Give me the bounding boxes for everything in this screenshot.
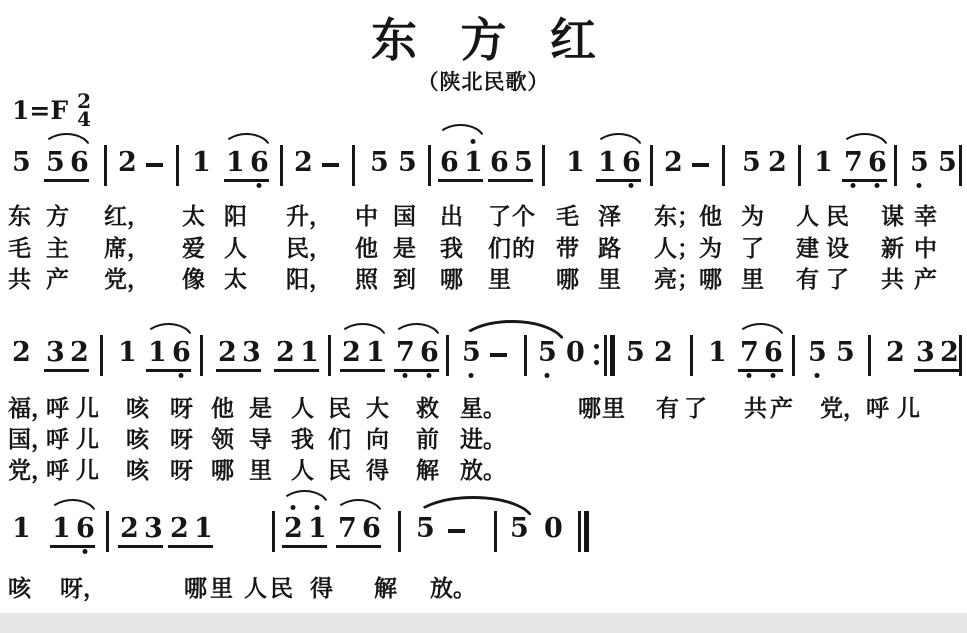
note-group: 1 bbox=[190, 148, 211, 178]
note-group: 32 bbox=[44, 338, 89, 372]
lyric-text: 向 bbox=[366, 425, 389, 453]
note-group: 61 bbox=[438, 148, 483, 182]
lyric-text: 路 bbox=[598, 234, 621, 262]
lyric-text: 儿 bbox=[76, 394, 99, 422]
low-octave-dot bbox=[628, 183, 633, 188]
barline bbox=[280, 145, 283, 186]
lyric-text: 像 bbox=[182, 265, 205, 293]
note-group: 76 bbox=[394, 338, 439, 372]
lyric-text: 我 bbox=[291, 425, 314, 453]
note-group: 16 bbox=[224, 148, 269, 182]
lyric-text: 呼 bbox=[866, 394, 889, 422]
note-digit: 1 bbox=[118, 338, 135, 368]
lyric-text: 升， bbox=[286, 202, 332, 230]
lyric-text: 呀 bbox=[170, 425, 193, 453]
lyric-text: 人 bbox=[244, 574, 267, 602]
barline bbox=[100, 335, 103, 376]
note-group: 16 bbox=[596, 148, 641, 182]
note-group: 2 bbox=[766, 148, 787, 178]
note-digit: 6 bbox=[420, 338, 437, 368]
note-group: 76 bbox=[336, 514, 381, 548]
note-digit: 1 bbox=[814, 148, 831, 178]
note-digit: 3 bbox=[46, 338, 63, 368]
note-digit: 5 bbox=[538, 338, 555, 368]
note-digit: 5 bbox=[12, 148, 29, 178]
note-digit: 6 bbox=[440, 148, 457, 178]
lyric-text: 人； bbox=[654, 234, 700, 262]
lyric-text: 大 bbox=[366, 394, 389, 422]
note-group: 5 bbox=[740, 148, 761, 178]
note-digit: 2 bbox=[664, 148, 681, 178]
note-group: 5 bbox=[806, 338, 827, 368]
low-octave-dot bbox=[814, 373, 819, 378]
lyric-text: 解 bbox=[416, 456, 439, 484]
lyric-text: 是 bbox=[393, 234, 416, 262]
lyric-text: 太 bbox=[182, 202, 205, 230]
note-digit: 6 bbox=[76, 514, 93, 544]
note-digit: 5 bbox=[910, 148, 927, 178]
lyric-text: 中 bbox=[914, 234, 937, 262]
note-digit: 5 bbox=[416, 514, 433, 544]
note-digit: 2 bbox=[276, 338, 293, 368]
lyric-text: 放。 bbox=[460, 456, 506, 484]
note-digit: 2 bbox=[886, 338, 903, 368]
note-digit: 1 bbox=[226, 148, 243, 178]
lyric-text: 们 bbox=[488, 234, 511, 262]
music-line-3: 11623212176550 bbox=[0, 498, 967, 570]
barline bbox=[542, 145, 545, 186]
note-digit: 5 bbox=[742, 148, 759, 178]
note-group: 2 bbox=[10, 338, 31, 368]
note-digit: 6 bbox=[70, 148, 87, 178]
duration-dash bbox=[322, 163, 339, 167]
note-group: 16 bbox=[50, 514, 95, 548]
low-octave-dot bbox=[468, 373, 473, 378]
lyric-text: 里 bbox=[488, 265, 511, 293]
note-group: 5 bbox=[834, 338, 855, 368]
note-digit: 1 bbox=[598, 148, 615, 178]
lyric-text: 们 bbox=[328, 425, 351, 453]
note-group: 16 bbox=[146, 338, 191, 372]
lyric-text: 带 bbox=[556, 234, 579, 262]
note-group: 76 bbox=[842, 148, 887, 182]
lyric-text: 得 bbox=[310, 574, 333, 602]
note-digit: 2 bbox=[170, 514, 187, 544]
lyric-text: 泽 bbox=[598, 202, 621, 230]
note-group: 5 bbox=[536, 338, 557, 368]
lyric-row-2: 毛主席，爱人民，他是我们的带路人；为了建设新中 bbox=[0, 234, 967, 264]
lyric-text: 东 bbox=[8, 202, 31, 230]
barline bbox=[446, 335, 449, 376]
lyric-text: 到 bbox=[393, 265, 416, 293]
lyric-text: 咳 bbox=[8, 574, 31, 602]
note-group: 2 bbox=[116, 148, 137, 178]
lyric-text: 共 bbox=[744, 394, 767, 422]
time-signature-denominator: 4 bbox=[77, 110, 91, 128]
low-octave-dot bbox=[402, 373, 407, 378]
lyric-text: 国 bbox=[393, 202, 416, 230]
scan-bottom-strip bbox=[0, 613, 967, 633]
lyric-text: 的 bbox=[512, 234, 535, 262]
lyric-text: 爱 bbox=[182, 234, 205, 262]
lyric-text: 民， bbox=[286, 234, 332, 262]
note-group: 21 bbox=[168, 514, 213, 548]
barline bbox=[398, 511, 401, 552]
lyric-text: 导 bbox=[249, 425, 272, 453]
repeat-dot bbox=[594, 360, 599, 365]
note-group: 21 bbox=[282, 514, 327, 548]
note-digit: 5 bbox=[398, 148, 415, 178]
note-digit: 0 bbox=[544, 514, 561, 544]
low-octave-dot bbox=[544, 373, 549, 378]
duration-dash bbox=[490, 353, 507, 357]
lyric-text: 哪 bbox=[211, 456, 234, 484]
note-digit: 2 bbox=[294, 148, 311, 178]
lyric-text: 党， bbox=[820, 394, 866, 422]
lyric-row-4: 福，呼儿咳呀他是人民大救星。哪里有了共产党，呼儿 bbox=[0, 394, 967, 424]
duration-dash bbox=[448, 529, 465, 533]
note-group: 5 bbox=[414, 514, 435, 544]
lyric-text: 毛 bbox=[556, 202, 579, 230]
lyric-text: 儿 bbox=[76, 425, 99, 453]
lyric-text: 太 bbox=[224, 265, 247, 293]
lyric-text: 主 bbox=[46, 234, 69, 262]
lyric-text: 民 bbox=[328, 394, 351, 422]
barline bbox=[722, 145, 725, 186]
barline bbox=[959, 145, 962, 186]
lyric-text: 有 bbox=[796, 265, 819, 293]
lyric-text: 救 bbox=[416, 394, 439, 422]
note-group: 23 bbox=[118, 514, 163, 548]
note-digit: 1 bbox=[12, 514, 29, 544]
lyric-text: 照 bbox=[355, 265, 378, 293]
lyric-text: 咳 bbox=[126, 425, 149, 453]
lyric-text: 哪 bbox=[699, 265, 722, 293]
lyric-text: 东； bbox=[654, 202, 700, 230]
barline bbox=[524, 335, 527, 376]
lyric-text: 出 bbox=[440, 202, 463, 230]
lyric-text: 哪 bbox=[556, 265, 579, 293]
lyric-text: 呀 bbox=[170, 456, 193, 484]
slur-arc bbox=[280, 490, 329, 506]
note-group: 2 bbox=[292, 148, 313, 178]
lyric-text: 人 bbox=[291, 456, 314, 484]
low-octave-dot bbox=[178, 373, 183, 378]
note-digit: 5 bbox=[938, 148, 955, 178]
note-digit: 1 bbox=[194, 514, 211, 544]
note-group: 5 bbox=[10, 148, 31, 178]
note-digit: 7 bbox=[844, 148, 861, 178]
lyric-text: 毛 bbox=[8, 234, 31, 262]
note-group: 5 bbox=[460, 338, 481, 368]
note-digit: 5 bbox=[370, 148, 387, 178]
note-group: 5 bbox=[624, 338, 645, 368]
lyric-text: 里 bbox=[598, 265, 621, 293]
low-octave-dot bbox=[874, 183, 879, 188]
note-digit: 3 bbox=[242, 338, 259, 368]
note-group: 5 bbox=[908, 148, 929, 178]
lyric-text: 人 bbox=[224, 234, 247, 262]
lyric-text: 进。 bbox=[460, 425, 506, 453]
note-digit: 5 bbox=[510, 514, 527, 544]
lyric-text: 共 bbox=[8, 265, 31, 293]
lyric-text: 是 bbox=[249, 394, 272, 422]
lyric-text: 产 bbox=[914, 265, 937, 293]
note-digit: 6 bbox=[764, 338, 781, 368]
high-octave-dot bbox=[470, 139, 475, 144]
note-digit: 1 bbox=[52, 514, 69, 544]
note-digit: 6 bbox=[490, 148, 507, 178]
repeat-dot bbox=[594, 344, 599, 349]
thin-bar bbox=[604, 335, 607, 376]
barline bbox=[352, 145, 355, 186]
lyric-row-7: 咳呀，哪里人民得解放。 bbox=[0, 574, 967, 604]
note-digit: 5 bbox=[836, 338, 853, 368]
lyric-text: 中 bbox=[355, 202, 378, 230]
lyric-text: 前 bbox=[416, 425, 439, 453]
lyric-text: 阳 bbox=[224, 202, 247, 230]
lyric-text: 人 bbox=[796, 202, 819, 230]
lyric-text: 有 bbox=[656, 394, 679, 422]
note-group: 21 bbox=[340, 338, 385, 372]
lyric-text: 产 bbox=[770, 394, 793, 422]
note-digit: 7 bbox=[396, 338, 413, 368]
note-group: 0 bbox=[564, 338, 585, 368]
lyric-row-3: 共产党，像太阳，照到哪里哪里亮；哪里有了共产 bbox=[0, 265, 967, 295]
lyric-text: 咳 bbox=[126, 456, 149, 484]
barline bbox=[328, 335, 331, 376]
low-octave-dot bbox=[916, 183, 921, 188]
barline bbox=[272, 511, 275, 552]
note-digit: 1 bbox=[464, 148, 481, 178]
note-digit: 6 bbox=[622, 148, 639, 178]
low-octave-dot bbox=[82, 549, 87, 554]
low-octave-dot bbox=[746, 373, 751, 378]
lyric-text: 共 bbox=[881, 265, 904, 293]
lyric-text: 产 bbox=[46, 265, 69, 293]
barline bbox=[690, 335, 693, 376]
note-group: 2 bbox=[662, 148, 683, 178]
note-digit: 1 bbox=[708, 338, 725, 368]
high-octave-dot bbox=[290, 505, 295, 510]
note-group: 1 bbox=[812, 148, 833, 178]
lyric-text: 我 bbox=[440, 234, 463, 262]
note-group: 56 bbox=[44, 148, 89, 182]
lyric-text: 里 bbox=[741, 265, 764, 293]
lyric-text: 民 bbox=[826, 202, 849, 230]
lyric-text: 呼 bbox=[46, 394, 69, 422]
key-signature: 1=F24 bbox=[12, 96, 91, 128]
note-group: 5 bbox=[936, 148, 957, 178]
note-group: 5 bbox=[368, 148, 389, 178]
lyric-text: 里 bbox=[602, 394, 625, 422]
note-digit: 1 bbox=[566, 148, 583, 178]
note-digit: 2 bbox=[120, 514, 137, 544]
note-digit: 6 bbox=[250, 148, 267, 178]
lyric-text: 了 bbox=[741, 234, 764, 262]
note-digit: 2 bbox=[284, 514, 301, 544]
note-digit: 2 bbox=[118, 148, 135, 178]
thick-bar bbox=[610, 335, 615, 376]
note-digit: 6 bbox=[172, 338, 189, 368]
note-digit: 5 bbox=[514, 148, 531, 178]
note-group: 21 bbox=[274, 338, 319, 372]
note-digit: 2 bbox=[218, 338, 235, 368]
lyric-text: 星。 bbox=[460, 394, 506, 422]
music-line-1: 5562116255616511625217655 bbox=[0, 132, 967, 204]
lyric-text: 放。 bbox=[430, 574, 476, 602]
lyric-text: 哪 bbox=[184, 574, 207, 602]
note-group: 23 bbox=[216, 338, 261, 372]
barline bbox=[200, 335, 203, 376]
lyric-row-5: 国，呼儿咳呀领导我们向前进。 bbox=[0, 425, 967, 455]
lyric-text: 得 bbox=[366, 456, 389, 484]
lyric-text: 党， bbox=[104, 265, 150, 293]
note-digit: 2 bbox=[12, 338, 29, 368]
lyric-text: 建 bbox=[796, 234, 819, 262]
lyric-text: 亮； bbox=[654, 265, 700, 293]
lyric-text: 呼 bbox=[46, 456, 69, 484]
note-group: 32 bbox=[914, 338, 959, 372]
low-octave-dot bbox=[426, 373, 431, 378]
lyric-text: 呀， bbox=[60, 574, 106, 602]
low-octave-dot bbox=[256, 183, 261, 188]
lyric-text: 了 bbox=[826, 265, 849, 293]
note-digit: 1 bbox=[192, 148, 209, 178]
lyric-text: 里 bbox=[210, 574, 233, 602]
note-digit: 6 bbox=[868, 148, 885, 178]
lyric-text: 领 bbox=[211, 425, 234, 453]
note-digit: 1 bbox=[300, 338, 317, 368]
music-line-2: 232116232121765505217655232 bbox=[0, 322, 967, 394]
barline bbox=[494, 511, 497, 552]
barline bbox=[959, 335, 962, 376]
song-title: 东 方 红 bbox=[0, 4, 967, 70]
barline bbox=[428, 145, 431, 186]
lyric-text: 人 bbox=[291, 394, 314, 422]
lyric-text: 席， bbox=[104, 234, 150, 262]
lyric-text: 新 bbox=[881, 234, 904, 262]
lyric-text: 他 bbox=[355, 234, 378, 262]
duration-dash bbox=[146, 163, 163, 167]
lyric-text: 解 bbox=[374, 574, 397, 602]
barline bbox=[868, 335, 871, 376]
lyric-text: 呀 bbox=[170, 394, 193, 422]
lyric-text: 呼 bbox=[46, 425, 69, 453]
song-subtitle: （陕北民歌） bbox=[0, 66, 967, 96]
note-digit: 2 bbox=[940, 338, 957, 368]
note-digit: 7 bbox=[338, 514, 355, 544]
note-group: 1 bbox=[564, 148, 585, 178]
lyric-text: 了 bbox=[684, 394, 707, 422]
note-digit: 6 bbox=[362, 514, 379, 544]
note-group: 1 bbox=[706, 338, 727, 368]
high-octave-dot bbox=[314, 505, 319, 510]
duration-dash bbox=[692, 163, 709, 167]
lyric-row-1: 东方红，太阳升，中国出了个毛泽东；他为人民谋幸 bbox=[0, 202, 967, 232]
thick-bar bbox=[584, 511, 589, 552]
lyric-text: 民 bbox=[328, 456, 351, 484]
barline bbox=[798, 145, 801, 186]
lyric-text: 咳 bbox=[126, 394, 149, 422]
note-digit: 2 bbox=[768, 148, 785, 178]
lyric-text: 设 bbox=[826, 234, 849, 262]
lyric-text: 阳， bbox=[286, 265, 332, 293]
note-digit: 5 bbox=[462, 338, 479, 368]
note-digit: 3 bbox=[916, 338, 933, 368]
lyric-text: 红， bbox=[104, 202, 150, 230]
barline bbox=[176, 145, 179, 186]
note-group: 1 bbox=[116, 338, 137, 368]
note-digit: 1 bbox=[308, 514, 325, 544]
thin-bar bbox=[578, 511, 581, 552]
lyric-text: 方 bbox=[46, 202, 69, 230]
note-group: 2 bbox=[652, 338, 673, 368]
slur-arc bbox=[436, 124, 485, 140]
note-digit: 5 bbox=[626, 338, 643, 368]
note-digit: 2 bbox=[70, 338, 87, 368]
lyric-text: 哪 bbox=[578, 394, 601, 422]
lyric-text: 民 bbox=[270, 574, 293, 602]
note-digit: 2 bbox=[342, 338, 359, 368]
note-digit: 0 bbox=[566, 338, 583, 368]
note-group: 5 bbox=[508, 514, 529, 544]
note-digit: 1 bbox=[366, 338, 383, 368]
lyric-text: 幸 bbox=[914, 202, 937, 230]
note-group: 1 bbox=[10, 514, 31, 544]
lyric-text: 儿 bbox=[76, 456, 99, 484]
key-signature-text: 1=F bbox=[12, 96, 68, 125]
low-octave-dot bbox=[770, 373, 775, 378]
note-group: 0 bbox=[542, 514, 563, 544]
lyric-text: 里 bbox=[249, 456, 272, 484]
note-digit: 7 bbox=[740, 338, 757, 368]
note-group: 65 bbox=[488, 148, 533, 182]
barline bbox=[106, 511, 109, 552]
lyric-text: 了 bbox=[488, 202, 511, 230]
note-group: 76 bbox=[738, 338, 783, 372]
time-signature: 24 bbox=[77, 92, 91, 128]
barline bbox=[792, 335, 795, 376]
lyric-text: 为 bbox=[741, 202, 764, 230]
lyric-text: 哪 bbox=[440, 265, 463, 293]
lyric-text: 谋 bbox=[881, 202, 904, 230]
note-digit: 1 bbox=[148, 338, 165, 368]
low-octave-dot bbox=[850, 183, 855, 188]
sheet-music-page: 东 方 红 （陕北民歌） 1=F24 556211625561651162521… bbox=[0, 0, 967, 633]
note-digit: 5 bbox=[808, 338, 825, 368]
note-digit: 5 bbox=[46, 148, 63, 178]
note-digit: 3 bbox=[144, 514, 161, 544]
lyric-text: 儿 bbox=[897, 394, 920, 422]
barline bbox=[894, 145, 897, 186]
lyric-text: 个 bbox=[512, 202, 535, 230]
note-digit: 2 bbox=[654, 338, 671, 368]
barline bbox=[650, 145, 653, 186]
lyric-text: 他 bbox=[699, 202, 722, 230]
note-group: 5 bbox=[396, 148, 417, 178]
lyric-text: 他 bbox=[211, 394, 234, 422]
lyric-text: 为 bbox=[699, 234, 722, 262]
barline bbox=[104, 145, 107, 186]
note-group: 2 bbox=[884, 338, 905, 368]
lyric-row-6: 党，呼儿咳呀哪里人民得解放。 bbox=[0, 456, 967, 486]
